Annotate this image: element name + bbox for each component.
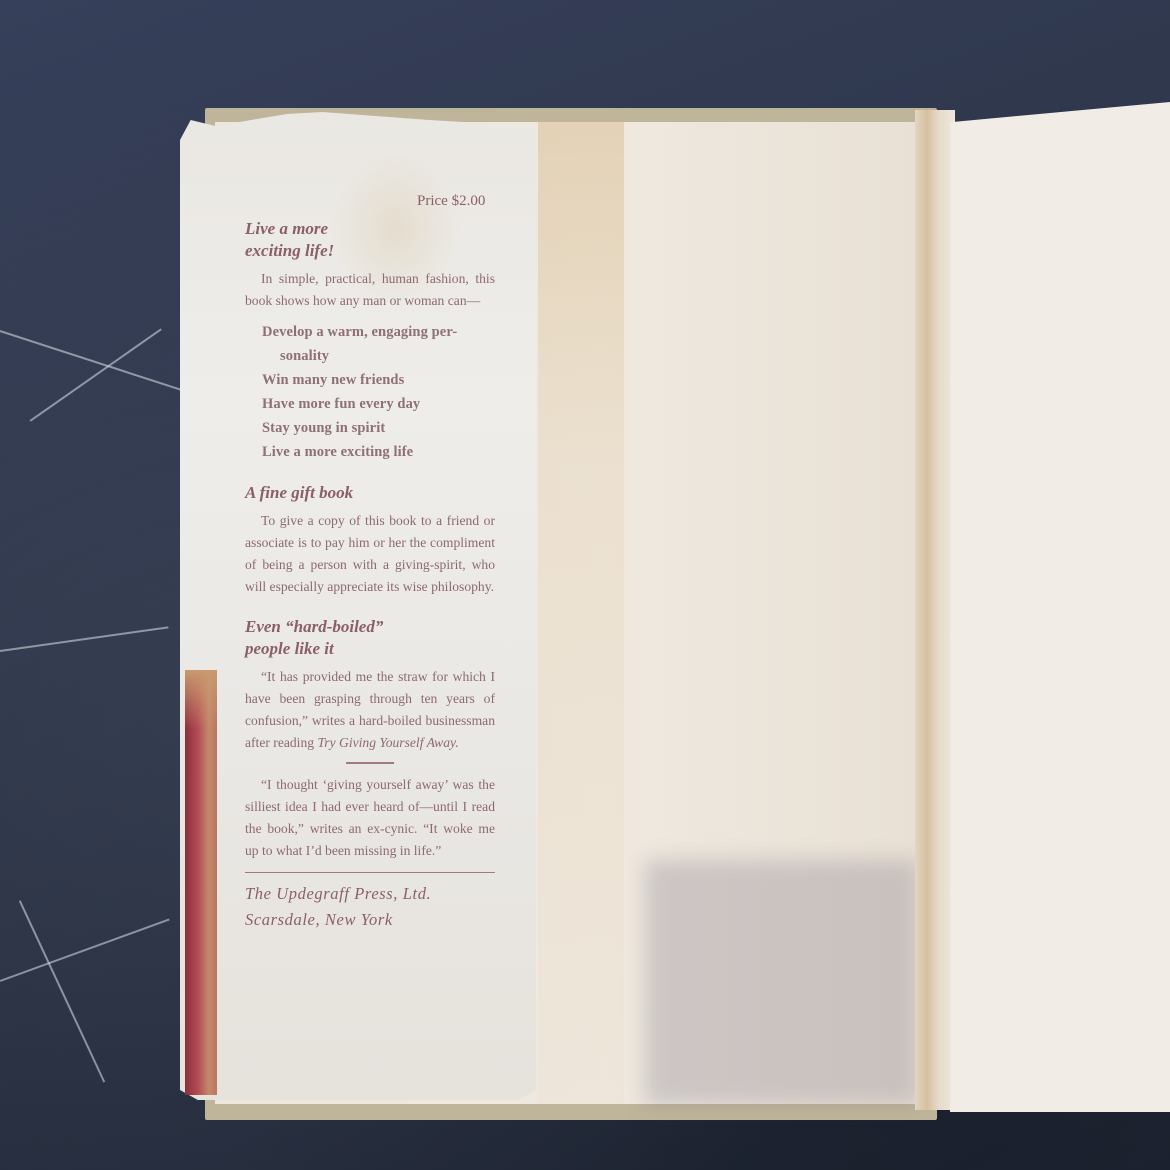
book-title: Try Giving Yourself Away. (317, 735, 458, 750)
list-item: Have more fun every day (262, 392, 495, 416)
publisher-name: The Updegraff Press, Ltd. (245, 881, 495, 907)
list-item: Develop a warm, engaging per-sonality (262, 320, 495, 368)
body-text: To give a copy of this book to a friend … (245, 513, 495, 594)
divider (245, 872, 495, 874)
quote-text: “I thought ‘giving yourself away’ was th… (245, 777, 495, 858)
section1-body: In simple, practical, human fashion, thi… (245, 268, 495, 312)
heading-line: Live a more (245, 218, 495, 240)
camera-shadow (645, 860, 920, 1105)
heading-line: exciting life! (245, 240, 495, 262)
book-hinge (915, 110, 955, 1110)
testimonial-2: “I thought ‘giving yourself away’ was th… (245, 774, 495, 862)
benefits-list: Develop a warm, engaging per-sonality Wi… (262, 320, 495, 464)
heading-line: Even “hard-boiled” (245, 616, 495, 638)
tape-stain (538, 122, 624, 1104)
body-text: In simple, practical, human fashion, thi… (245, 271, 495, 308)
jacket-red-edge (185, 670, 217, 1095)
flap-copy: Live a more exciting life! In simple, pr… (245, 190, 495, 933)
list-item: Win many new friends (262, 368, 495, 392)
heading-line: people like it (245, 638, 495, 660)
section2-heading: A fine gift book (245, 482, 495, 504)
jacket-red-edge-fade (185, 670, 217, 730)
publisher-location: Scarsdale, New York (245, 907, 495, 933)
section1-heading: Live a more exciting life! (245, 218, 495, 262)
first-page (950, 102, 1170, 1112)
list-item: Stay young in spirit (262, 416, 495, 440)
section3-heading: Even “hard-boiled” people like it (245, 616, 495, 660)
divider (346, 762, 394, 764)
list-item: Live a more exciting life (262, 440, 495, 464)
section2-body: To give a copy of this book to a friend … (245, 510, 495, 598)
testimonial-1: “It has provided me the straw for which … (245, 666, 495, 754)
